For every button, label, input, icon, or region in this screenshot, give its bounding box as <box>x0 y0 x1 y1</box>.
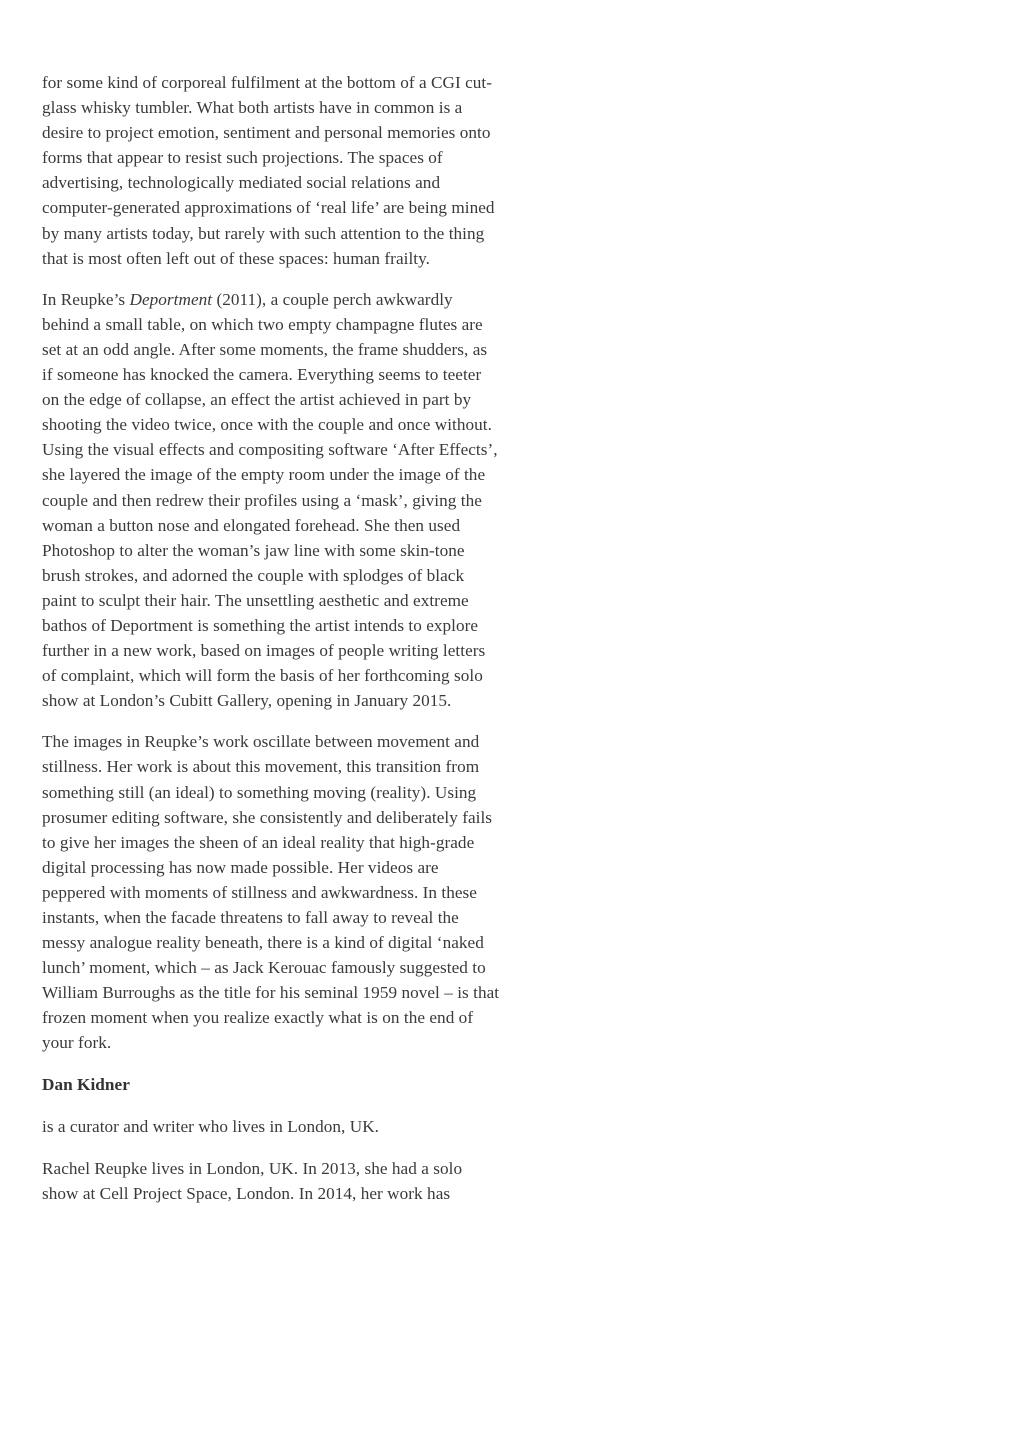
author-bio: is a curator and writer who lives in Lon… <box>42 1114 500 1139</box>
artwork-title: Deportment <box>129 290 212 309</box>
paragraph-deportment: In Reupke’s Deportment (2011), a couple … <box>42 287 500 714</box>
paragraph-body: (2011), a couple perch awkwardly behind … <box>42 290 498 711</box>
paragraph-intro-continuation: for some kind of corporeal fulfilment at… <box>42 70 500 271</box>
author-name: Dan Kidner <box>42 1072 500 1097</box>
artist-bio: Rachel Reupke lives in London, UK. In 20… <box>42 1156 500 1206</box>
paragraph-prefix: In Reupke’s <box>42 290 129 309</box>
article-body: for some kind of corporeal fulfilment at… <box>42 70 500 1222</box>
paragraph-movement-stillness: The images in Reupke’s work oscillate be… <box>42 729 500 1055</box>
